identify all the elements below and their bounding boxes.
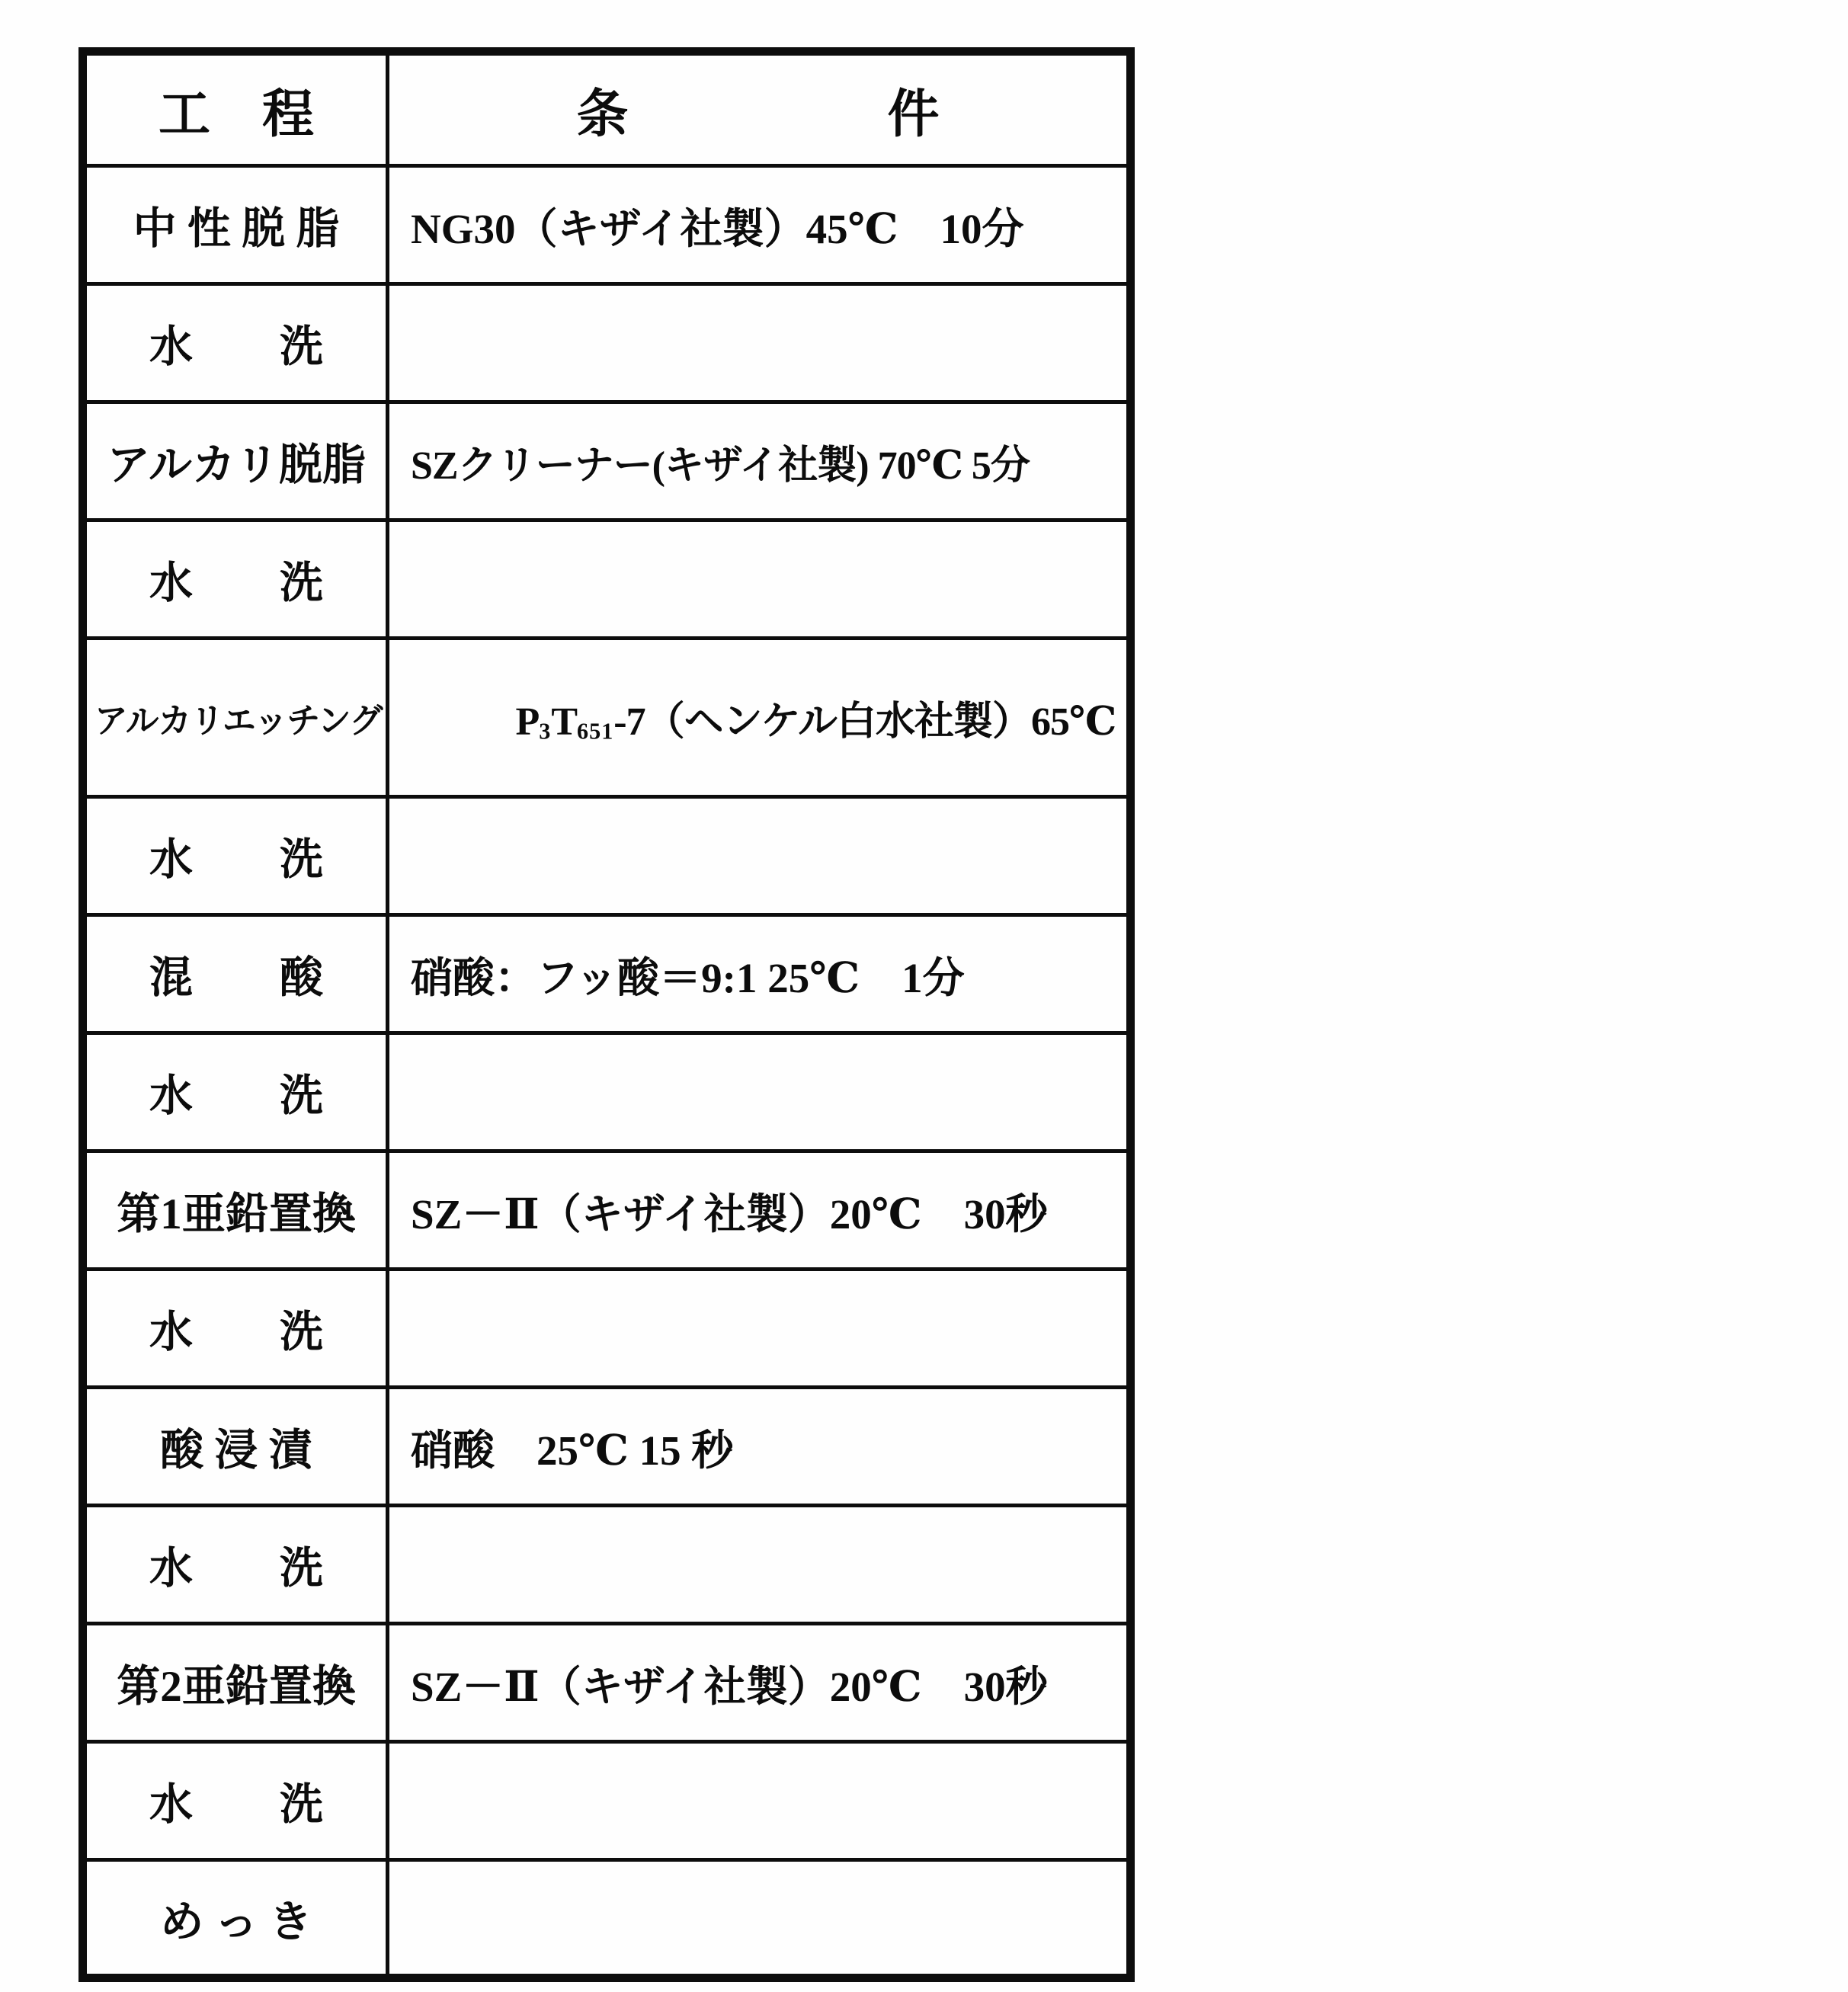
condition-text: NG30（キザイ社製）45℃ 10分	[411, 206, 1024, 252]
process-label: 混 酸	[149, 954, 323, 1002]
process-conditions-table: 工 程 条 件 中 性 脱 脂 NG30（キザイ社製）45℃ 10分 水 洗 ア…	[78, 47, 1135, 1982]
condition-text: 硝酸 25℃ 15 秒	[411, 1427, 733, 1474]
process-label: 第1亜鉛置換	[117, 1190, 356, 1238]
row-rinse-3: 水 洗	[83, 797, 1131, 915]
condition-text: SZ－Ⅱ（キザイ社製）20℃ 30秒	[411, 1191, 1048, 1238]
row-rinse-6: 水 洗	[83, 1506, 1131, 1624]
row-alkali-etching: アルカリエッチング P3T651-7（ヘンケル白水社製）65℃ 2分	[83, 639, 1131, 797]
process-label: 水 洗	[149, 1781, 323, 1829]
condition-text: SZクリーナー(キザイ社製) 70℃ 5分	[411, 444, 1030, 488]
process-label: 第2亜鉛置換	[117, 1663, 356, 1711]
row-neutral-degrease: 中 性 脱 脂 NG30（キザイ社製）45℃ 10分	[83, 166, 1131, 284]
row-rinse-2: 水 洗	[83, 520, 1131, 639]
condition-base: -7（ヘンケル白水社製）65℃ 2分	[613, 700, 1130, 744]
process-label: 水 洗	[149, 323, 323, 371]
row-plating: め っ き	[83, 1860, 1131, 1978]
process-label: 水 洗	[149, 1072, 323, 1120]
row-second-zincate: 第2亜鉛置換 SZ－Ⅱ（キザイ社製）20℃ 30秒	[83, 1624, 1131, 1742]
process-label: 酸 浸 漬	[160, 1427, 312, 1475]
condition-text: 硝酸：フッ酸＝9:1 25℃ 1分	[411, 955, 965, 1001]
process-label: 水 洗	[149, 836, 323, 884]
condition-subscript: 3	[539, 718, 551, 744]
condition-text: P3T651-7（ヘンケル白水社製）65℃ 2分	[516, 700, 1131, 744]
condition-subscript: 651	[577, 718, 613, 744]
process-label: め っ き	[160, 1898, 312, 1946]
condition-text: SZ－Ⅱ（キザイ社製）20℃ 30秒	[411, 1664, 1048, 1710]
table-header-row: 工 程 条 件	[83, 52, 1131, 166]
row-rinse-4: 水 洗	[83, 1033, 1131, 1151]
header-process: 工 程	[83, 52, 388, 166]
process-label: 中 性 脱 脂	[133, 205, 340, 253]
process-label: 水 洗	[149, 1545, 323, 1593]
process-label: 水 洗	[149, 1308, 323, 1356]
document-page: 工 程 条 件 中 性 脱 脂 NG30（キザイ社製）45℃ 10分 水 洗 ア…	[0, 0, 1848, 1992]
condition-base: P	[516, 700, 540, 744]
condition-base: T	[551, 700, 577, 744]
row-alkali-degrease: アルカリ脱脂 SZクリーナー(キザイ社製) 70℃ 5分	[83, 402, 1131, 520]
row-rinse-5: 水 洗	[83, 1270, 1131, 1388]
row-mixed-acid: 混 酸 硝酸：フッ酸＝9:1 25℃ 1分	[83, 915, 1131, 1033]
row-rinse-1: 水 洗	[83, 284, 1131, 402]
row-rinse-7: 水 洗	[83, 1742, 1131, 1860]
process-label: アルカリ脱脂	[107, 441, 366, 489]
row-acid-dip: 酸 浸 漬 硝酸 25℃ 15 秒	[83, 1388, 1131, 1506]
process-label: 水 洗	[149, 559, 323, 607]
row-first-zincate: 第1亜鉛置換 SZ－Ⅱ（キザイ社製）20℃ 30秒	[83, 1151, 1131, 1270]
header-conditions: 条 件	[388, 52, 1131, 166]
process-label: アルカリエッチング	[94, 693, 383, 742]
